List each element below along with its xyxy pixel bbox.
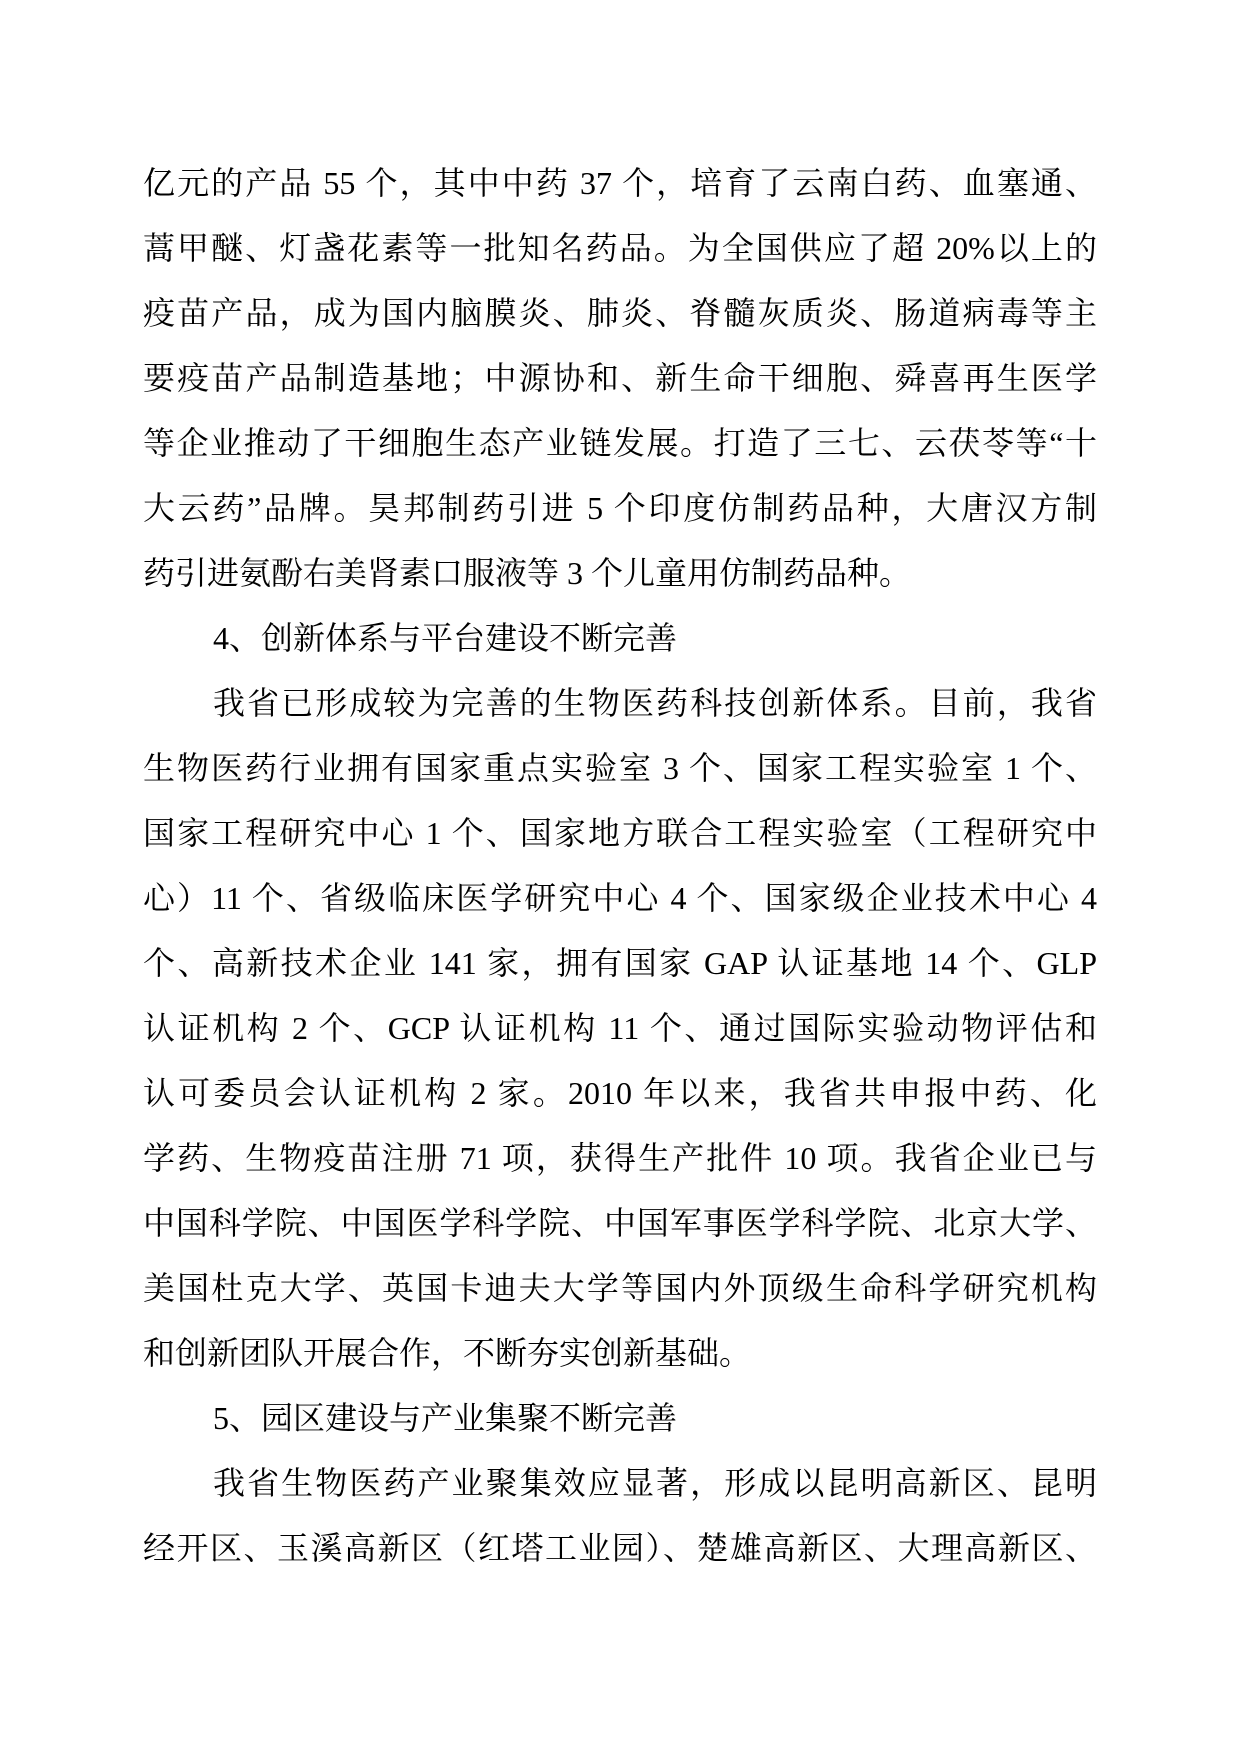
text-line: 国家工程研究中心 1 个、国家地方联合工程实验室（工程研究中: [143, 801, 1097, 866]
text-line: 我省已形成较为完善的生物医药科技创新体系。目前，我省: [143, 671, 1097, 736]
text-line: 生物医药行业拥有国家重点实验室 3 个、国家工程实验室 1 个、: [143, 736, 1097, 801]
text-line: 要疫苗产品制造基地；中源协和、新生命干细胞、舜喜再生医学: [143, 346, 1097, 411]
document-content: 亿元的产品 55 个，其中中药 37 个，培育了云南白药、血塞通、蒿甲醚、灯盏花…: [143, 151, 1097, 1581]
text-line: 疫苗产品，成为国内脑膜炎、肺炎、脊髓灰质炎、肠道病毒等主: [143, 281, 1097, 346]
text-line: 蒿甲醚、灯盏花素等一批知名药品。为全国供应了超 20%以上的: [143, 216, 1097, 281]
text-line: 美国杜克大学、英国卡迪夫大学等国内外顶级生命科学研究机构: [143, 1256, 1097, 1321]
text-line: 中国科学院、中国医学科学院、中国军事医学科学院、北京大学、: [143, 1191, 1097, 1256]
section-heading: 5、园区建设与产业集聚不断完善: [143, 1386, 1097, 1451]
text-line: 药引进氨酚右美肾素口服液等 3 个儿童用仿制药品种。: [143, 541, 1097, 606]
text-line: 经开区、玉溪高新区（红塔工业园）、楚雄高新区、大理高新区、: [143, 1516, 1097, 1581]
text-line: 心）11 个、省级临床医学研究中心 4 个、国家级企业技术中心 4: [143, 866, 1097, 931]
text-line: 等企业推动了干细胞生态产业链发展。打造了三七、云茯苓等“十: [143, 411, 1097, 476]
text-line: 认可委员会认证机构 2 家。2010 年以来，我省共申报中药、化: [143, 1061, 1097, 1126]
text-line: 认证机构 2 个、GCP 认证机构 11 个、通过国际实验动物评估和: [143, 996, 1097, 1061]
text-line: 我省生物医药产业聚集效应显著，形成以昆明高新区、昆明: [143, 1451, 1097, 1516]
section-heading: 4、创新体系与平台建设不断完善: [143, 606, 1097, 671]
document-page: 亿元的产品 55 个，其中中药 37 个，培育了云南白药、血塞通、蒿甲醚、灯盏花…: [0, 0, 1240, 1754]
text-line: 大云药”品牌。昊邦制药引进 5 个印度仿制药品种，大唐汉方制: [143, 476, 1097, 541]
text-line: 和创新团队开展合作，不断夯实创新基础。: [143, 1321, 1097, 1386]
text-line: 学药、生物疫苗注册 71 项，获得生产批件 10 项。我省企业已与: [143, 1126, 1097, 1191]
text-line: 个、高新技术企业 141 家，拥有国家 GAP 认证基地 14 个、GLP: [143, 931, 1097, 996]
text-line: 亿元的产品 55 个，其中中药 37 个，培育了云南白药、血塞通、: [143, 151, 1097, 216]
